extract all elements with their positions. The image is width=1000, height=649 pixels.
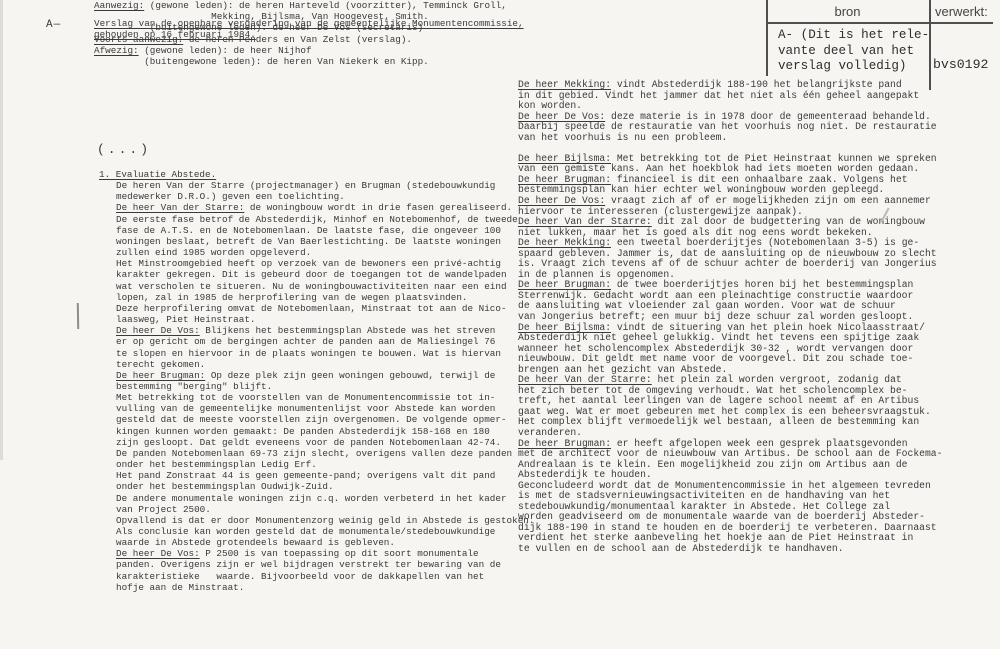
speaker-name: De heer Mekking: xyxy=(518,237,611,248)
attendance-section: Aanwezig: (gewone leden): de heren Harte… xyxy=(94,0,539,67)
paragraph: De heer Mekking: een tweetal boerderijtj… xyxy=(518,238,952,280)
attendance-block: Voorts aanwezig: de heren Penders en Van… xyxy=(94,34,539,45)
scanned-document-page: A— Verslag van de openbare vergadering v… xyxy=(0,0,1000,649)
speaker-name: De heer De Vos: xyxy=(518,111,605,122)
pencil-margin-mark xyxy=(77,303,79,329)
attendance-block: Aanwezig: (gewone leden): de heren Harte… xyxy=(94,0,539,34)
attendance-label: Voorts aanwezig: xyxy=(94,34,183,45)
paragraph: De heren Van der Starre (projectmanager)… xyxy=(116,180,549,202)
paragraph: De heer De Vos: P 2500 is van toepassing… xyxy=(116,548,549,593)
speaker-name: De heer Bijlsma: xyxy=(518,153,611,164)
paragraph: Deze herprofilering omvat de Notebomenla… xyxy=(116,303,549,325)
margin-label: A— xyxy=(46,19,61,31)
speaker-name: De heer Brugman: xyxy=(518,438,611,449)
left-column: 1. Evaluatie Abstede. De heren Van der S… xyxy=(99,169,549,593)
stamp-box-code: bvs0192 xyxy=(933,57,988,72)
section-heading-text: 1. Evaluatie Abstede. xyxy=(99,169,216,180)
paragraph: Opvallend is dat er door Monumentenzorg … xyxy=(116,515,549,548)
paragraph: De heer Mekking: vindt Abstederdijk 188-… xyxy=(518,80,952,112)
speaker-name: De heer Brugman: xyxy=(518,279,611,290)
speaker-name: De heer Bijlsma: xyxy=(518,322,611,333)
speaker-name: De heer De Vos: xyxy=(518,195,605,206)
paragraph: De heer De Vos: deze materie is in 1978 … xyxy=(518,112,952,144)
section-heading: 1. Evaluatie Abstede. xyxy=(99,169,549,180)
paragraph: De heer Bijlsma: vindt de situering van … xyxy=(518,323,952,376)
paragraph: De heer De Vos: Blijkens het bestemmings… xyxy=(116,325,549,370)
speaker-name: De heer Mekking: xyxy=(518,79,611,90)
speaker-name: De heer Brugman: xyxy=(518,174,611,185)
paragraph: Met betrekking tot de voorstellen van de… xyxy=(116,392,549,470)
speaker-name: De heer De Vos: xyxy=(116,325,200,336)
stamp-box-note: A- (Dit is het rele- vante deel van het … xyxy=(778,28,929,75)
scan-edge-shadow xyxy=(0,0,3,460)
paragraph: De heer Van der Starre: dit zal door de … xyxy=(518,217,952,238)
stamp-box-bron-header: bron xyxy=(766,4,929,19)
paragraph: Het pand Zonstraat 44 is geen gemeente-p… xyxy=(116,470,549,492)
paragraph: De heer Bijlsma: Met betrekking tot de P… xyxy=(518,154,952,175)
stamp-box-divider-rule xyxy=(929,0,931,90)
paragraph: De heer Van der Starre: het plein zal wo… xyxy=(518,375,952,438)
speaker-name: De heer Van der Starre: xyxy=(518,374,652,385)
omission-marker: (...) xyxy=(97,142,151,157)
speaker-name: De heer De Vos: xyxy=(116,548,200,559)
stamp-box-verwerkt-header: verwerkt: xyxy=(935,4,988,19)
speaker-name: De heer Van der Starre: xyxy=(116,202,244,213)
attendance-label: Afwezig: xyxy=(94,45,139,56)
paragraph: Geconcludeerd wordt dat de Monumentencom… xyxy=(518,481,952,555)
paragraph: De heer Van der Starre: de woningbouw wo… xyxy=(116,202,549,258)
paragraph: De heer Brugman: Op deze plek zijn geen … xyxy=(116,370,549,392)
paragraph: De heer Brugman: er heeft afgelopen week… xyxy=(518,439,952,481)
left-column-paragraphs: De heren Van der Starre (projectmanager)… xyxy=(116,180,549,593)
stamp-box-header-rule xyxy=(766,22,993,24)
paragraph: De andere monumentale woningen zijn c.q.… xyxy=(116,493,549,515)
right-column: De heer Mekking: vindt Abstederdijk 188-… xyxy=(518,80,952,555)
attendance-label: Aanwezig: xyxy=(94,0,144,11)
paragraph: De heer Brugman: financieel is dit een o… xyxy=(518,175,952,196)
paragraph: De heer Brugman: de twee boerderijtjes h… xyxy=(518,280,952,322)
paragraph: Het Minstroomgebied heeft op verzoek van… xyxy=(116,258,549,303)
attendance-block: Afwezig: (gewone leden): de heer Nijhof … xyxy=(94,45,539,67)
speaker-name: De heer Van der Starre: xyxy=(518,216,652,227)
speaker-name: De heer Brugman: xyxy=(116,370,205,381)
